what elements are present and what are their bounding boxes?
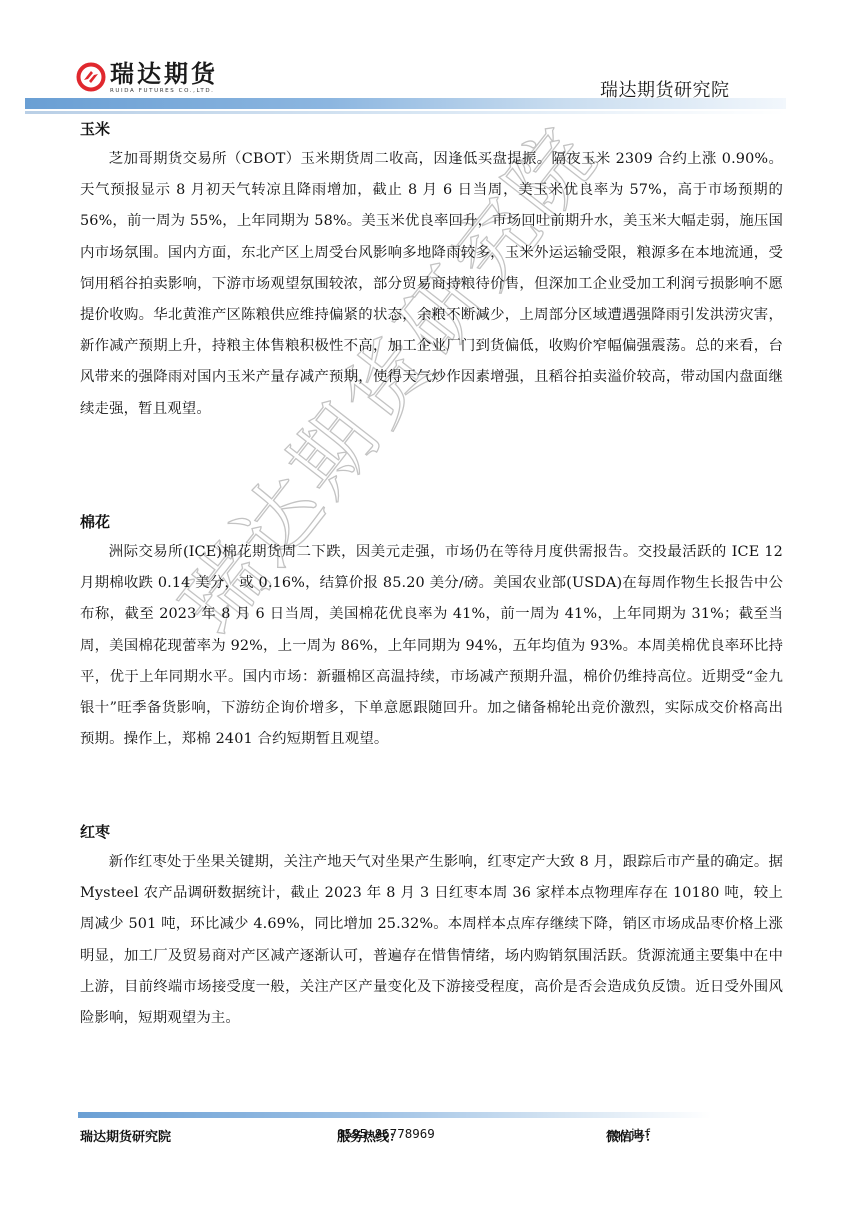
section-paragraph: 洲际交易所(ICE)棉花期货周二下跌，因美元走强，市场仍在等待月度供需报告。交投… (80, 537, 783, 755)
section-corn: 玉米 芝加哥期货交易所（CBOT）玉米期货周二收高，因逢低买盘提振。隔夜玉米 2… (80, 116, 783, 425)
hotline-number: 0595-86778969 (337, 1126, 435, 1141)
logo-name-en: RUIDA FUTURES CO.,LTD. (110, 88, 218, 94)
section-title: 棉花 (80, 509, 783, 535)
page-footer: 瑞达期货研究院 服务热线：0595-86778969 微信号：rqyjkf (80, 1126, 780, 1146)
wechat-id: rqyjkf (606, 1126, 651, 1141)
footer-divider-bar (78, 1112, 711, 1118)
company-logo: 瑞达期货 RUIDA FUTURES CO.,LTD. (76, 60, 218, 100)
page-header: 瑞达期货 RUIDA FUTURES CO.,LTD. 瑞达期货研究院 (0, 0, 860, 120)
header-divider-line (25, 111, 786, 114)
header-divider-bar (25, 98, 786, 109)
logo-name-cn: 瑞达期货 (110, 60, 218, 88)
section-paragraph: 芝加哥期货交易所（CBOT）玉米期货周二收高，因逢低买盘提振。隔夜玉米 2309… (80, 144, 783, 425)
section-cotton: 棉花 洲际交易所(ICE)棉花期货周二下跌，因美元走强，市场仍在等待月度供需报告… (80, 509, 783, 755)
section-jujube: 红枣 新作红枣处于坐果关键期，关注产地天气对坐果产生影响，红枣定产大致 8 月，… (80, 819, 783, 1034)
section-paragraph: 新作红枣处于坐果关键期，关注产地天气对坐果产生影响，红枣定产大致 8 月，跟踪后… (80, 847, 783, 1034)
ruida-logo-icon (76, 62, 106, 92)
footer-org: 瑞达期货研究院 (80, 1126, 171, 1145)
section-title: 玉米 (80, 116, 783, 142)
section-title: 红枣 (80, 819, 783, 845)
